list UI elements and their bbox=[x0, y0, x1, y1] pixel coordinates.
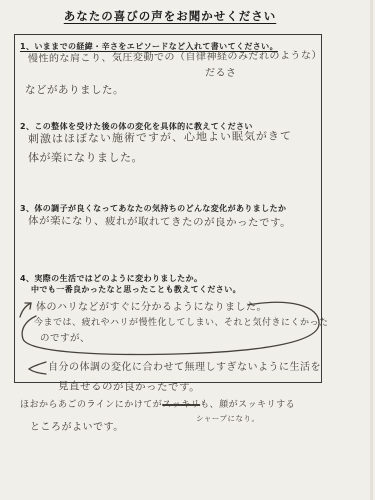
answer-6-struck-word: スッキリ bbox=[162, 400, 200, 410]
question-4-answer-line-5: 見直せるのが良かったです。 bbox=[58, 381, 200, 393]
question-4-label-line-1: 4、実際の生活ではどのように変わりましたか。 bbox=[20, 273, 202, 284]
scanned-feedback-form: あなたの喜びの声をお聞かせください 1、いままでの経緯・辛さをエピソードなど入れ… bbox=[0, 0, 375, 500]
question-4-answer-line-1: 体のハリなどがすぐに分かるようになりました。 bbox=[36, 303, 267, 313]
question-4-answer-line-6: ほおからあごのラインにかけてがスッキリも、顔がスッキリする bbox=[20, 401, 295, 410]
question-4-label-line-2: 中でも一番良かったなと思ったことも教えてください。 bbox=[31, 284, 241, 295]
question-1-answer-line-3: などがありました。 bbox=[25, 85, 124, 96]
question-1-answer-line-2: だるさ bbox=[205, 69, 237, 79]
question-4-answer-line-2: 今までは、疲れやハリが慢性化してしまい、それと気付きにくかった bbox=[34, 319, 329, 328]
question-4-correction-note: シャープになり。 bbox=[196, 415, 259, 423]
question-4-answer-line-7: ところがよいです。 bbox=[30, 423, 124, 433]
answer-6-text: ほおからあごのラインにかけてが bbox=[20, 400, 162, 410]
question-3-answer-line-1: 体が楽になり、疲れが取れてきたのが良かったです。 bbox=[28, 216, 291, 229]
form-title: あなたの喜びの声をお聞かせください bbox=[0, 8, 340, 24]
question-3-label: 3、体の調子が良くなってあなたの気持ちのどんな変化がありましたか bbox=[20, 203, 286, 214]
question-2-answer-line-1: 刺激はほぼない施術ですが、心地よい眠気がきて bbox=[28, 130, 292, 144]
question-4-answer-line-3: のですが、 bbox=[40, 334, 90, 344]
answer-6-text-continued: も、顔がスッキリする bbox=[200, 400, 295, 410]
question-2-answer-line-2: 体が楽になりました。 bbox=[28, 152, 143, 163]
scan-edge-shadow bbox=[370, 0, 373, 500]
question-4-answer-line-4: 自分の体調の変化に合わせて無理しすぎないように生活を bbox=[48, 363, 321, 373]
